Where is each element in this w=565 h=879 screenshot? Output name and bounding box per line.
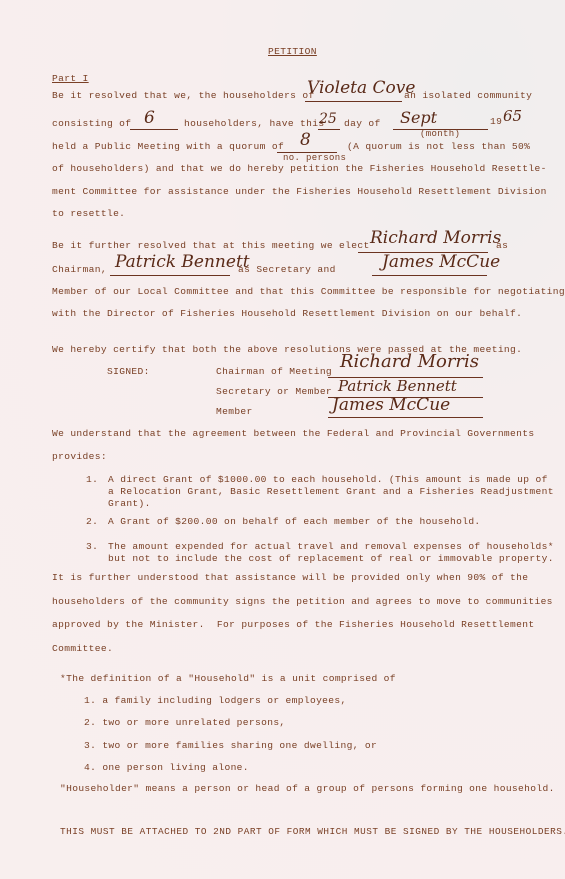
agreement-item-3-line2: but not to include the cost of replaceme… (108, 553, 554, 565)
agreement-intro-line1: We understand that the agreement between… (52, 428, 534, 440)
definition-item-3: 3. two or more families sharing one dwel… (84, 740, 377, 752)
signature-member[interactable]: James McCue (332, 397, 450, 413)
para1-line2-c: day of (344, 118, 381, 130)
para1-line4: of householders) and that we do hereby p… (52, 163, 547, 175)
agreement-intro-line2: provides: (52, 451, 107, 463)
para1-line3-b: (A quorum is not less than 50% (347, 141, 530, 153)
para1-line2-a: consisting of (52, 118, 131, 130)
further-line4: Committee. (52, 643, 113, 655)
para2-line1-b: as (496, 240, 508, 252)
petition-page: PETITION Part I Be it resolved that we, … (0, 0, 565, 879)
definition-item-4: 4. one person living alone. (84, 762, 249, 774)
community-name-field[interactable]: Violeta Cove (307, 80, 415, 96)
para2-line1-a: Be it further resolved that at this meet… (52, 240, 370, 252)
agreement-item-2-num: 2. (86, 516, 98, 528)
definition-item-2: 2. two or more unrelated persons, (84, 717, 286, 729)
num-householders-line (130, 129, 178, 130)
para2-line2-a: Chairman, (52, 264, 107, 276)
para2-line4: with the Director of Fisheries Household… (52, 308, 522, 320)
day-line (318, 129, 340, 130)
para1-line1-b: an isolated community (404, 90, 532, 102)
para2-line2-b: as Secretary and (238, 264, 336, 276)
month-caption: (month) (420, 128, 460, 140)
signature-secretary[interactable]: Patrick Bennett (338, 378, 457, 394)
secretary-line (110, 275, 230, 276)
further-line2: householders of the community signs the … (52, 596, 553, 608)
page-title: PETITION (268, 46, 317, 58)
para1-line3-a: held a Public Meeting with a quorum of (52, 141, 284, 153)
year-field[interactable]: 65 (503, 108, 522, 124)
day-field[interactable]: 25 (319, 111, 337, 127)
definition-intro: *The definition of a "Household" is a un… (60, 673, 396, 685)
agreement-item-3-line1: The amount expended for actual travel an… (108, 541, 554, 553)
para1-line1-a: Be it resolved that we, the householders… (52, 90, 315, 102)
agreement-item-2-line1: A Grant of $200.00 on behalf of each mem… (108, 516, 481, 528)
member-line (372, 275, 487, 276)
num-householders-field[interactable]: 6 (144, 110, 155, 126)
agreement-item-1-line2: a Relocation Grant, Basic Resettlement G… (108, 486, 554, 498)
year-prefix: 19 (490, 116, 502, 128)
signature-chairman[interactable]: Richard Morris (340, 354, 479, 370)
community-name-line (305, 101, 402, 102)
signature-label-chairman: Chairman of Meeting (216, 366, 332, 378)
member-field[interactable]: James McCue (382, 254, 500, 270)
para1-line6: to resettle. (52, 208, 125, 220)
agreement-item-1-num: 1. (86, 474, 98, 486)
further-line1: It is further understood that assistance… (52, 572, 528, 584)
signed-label: SIGNED: (107, 366, 150, 378)
further-line3: approved by the Minister. For purposes o… (52, 619, 534, 631)
quorum-field[interactable]: 8 (300, 132, 311, 148)
definition-item-1: 1. a family including lodgers or employe… (84, 695, 347, 707)
agreement-item-1-line1: A direct Grant of $1000.00 to each house… (108, 474, 548, 486)
part-label: Part I (52, 73, 89, 85)
agreement-item-1-line3: Grant). (108, 498, 151, 510)
householder-definition: "Householder" means a person or head of … (60, 783, 555, 795)
para1-line5: ment Committee for assistance under the … (52, 186, 547, 198)
footer-notice: THIS MUST BE ATTACHED TO 2ND PART OF FOR… (60, 826, 565, 838)
signature-label-secretary: Secretary or Member (216, 386, 332, 398)
chairman-field[interactable]: Richard Morris (370, 230, 501, 246)
month-field[interactable]: Sept (400, 110, 437, 126)
para1-line2-b: householders, have this (184, 118, 324, 130)
signature-label-member: Member (216, 406, 253, 418)
para2-line3: Member of our Local Committee and that t… (52, 286, 565, 298)
secretary-field[interactable]: Patrick Bennett (115, 254, 250, 270)
signature-line-member (328, 417, 483, 418)
agreement-item-3-num: 3. (86, 541, 98, 553)
